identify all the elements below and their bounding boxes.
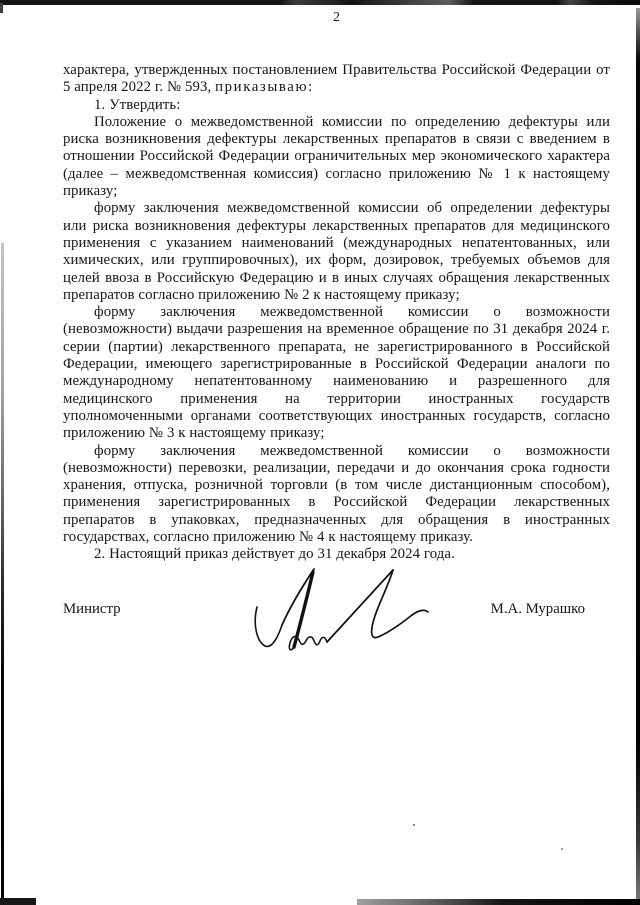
- document-body: характера, утвержденных постановлением П…: [63, 62, 610, 564]
- page-number: 2: [63, 10, 610, 26]
- paragraph-form-annex-4: форму заключения межведомственной комисс…: [63, 443, 610, 547]
- scan-edge-right: [636, 8, 640, 905]
- scan-speck: [413, 824, 415, 826]
- paragraph-form-annex-2: форму заключения межведомственной комисс…: [63, 200, 610, 304]
- minister-title: Министр: [63, 601, 121, 618]
- scan-edge-bottom-right: [357, 899, 640, 905]
- scan-edge-left: [1, 243, 4, 905]
- paragraph-regulation: Положение о межведомственной комиссии по…: [63, 114, 610, 200]
- scan-edge-bottom-left: [0, 898, 36, 905]
- minister-name: М.А. Мурашко: [491, 601, 585, 618]
- intro-paragraph: характера, утвержденных постановлением П…: [63, 62, 610, 97]
- paragraph-form-annex-3: форму заключения межведомственной комисс…: [63, 304, 610, 442]
- intro-text: характера, утвержденных постановлением П…: [63, 62, 610, 95]
- order-keyword: приказываю:: [215, 79, 314, 95]
- scan-speck: [561, 848, 563, 850]
- paragraph-approve: 1. Утвердить:: [63, 97, 610, 114]
- scanned-document-page: 2 характера, утвержденных постановлением…: [0, 0, 640, 905]
- scan-edge-top: [0, 0, 640, 5]
- signature-block: Министр М.А. Мурашко: [63, 601, 585, 618]
- scan-artifact-corner: [0, 3, 3, 13]
